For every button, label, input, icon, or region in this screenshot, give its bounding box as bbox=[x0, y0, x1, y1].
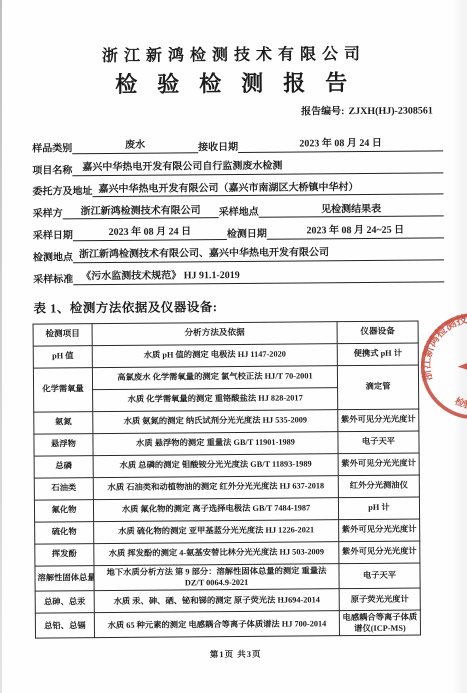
test-item-cell: 化学需氧量 bbox=[33, 367, 92, 411]
table-row: 化学需氧量高氯废水 化学需氧量的测定 氯气校正法 HJ/T 70-2001滴定管 bbox=[33, 365, 418, 390]
field-row: 样品类别废水接收日期2023 年 08 月 24 日 bbox=[32, 129, 443, 154]
report-number-label: 报告编号: bbox=[301, 106, 344, 117]
test-item-cell: 悬浮物 bbox=[34, 433, 93, 455]
method-cell: 水质 pH 值的测定 电极法 HJ 1147-2020 bbox=[92, 343, 337, 367]
test-item-cell: 挥发酚 bbox=[35, 543, 94, 565]
method-cell: 高氯废水 化学需氧量的测定 氯气校正法 HJ/T 70-2001 bbox=[92, 365, 337, 389]
methods-table: 检测项目 分析方法及依据 仪器设备 pH 值水质 pH 值的测定 电极法 HJ … bbox=[33, 320, 421, 639]
field-label: 采样方 bbox=[33, 205, 63, 220]
method-cell: 水质 汞、砷、硒、铋和锑的测定 原子荧光法 HJ694-2014 bbox=[94, 589, 339, 613]
field-value: 2023 年 08 月 24 日 bbox=[238, 138, 443, 153]
instrument-cell: 紫外可见分光光度计 bbox=[338, 409, 419, 432]
method-cell: 水质 硫化物的测定 亚甲基蓝分光光度法 HJ 1226-2021 bbox=[94, 519, 339, 543]
field-row: 委托方及地址嘉兴中华热电开发有限公司（嘉兴市南湖区大桥镇中华村） bbox=[32, 173, 443, 198]
scanned-content: 浙江新鸿检测技术有限公司 检验检测报告 报告编号:ZJXH(HJ)-230856… bbox=[0, 0, 467, 693]
table-row: 氟化物水质 氟化物的测定 离子选择电极法 GB/T 7484-1987pH 计 bbox=[34, 497, 419, 522]
field-value: 2023 年 08 月 24 日 bbox=[73, 227, 227, 242]
table-row: 石油类水质 石油类和动植物油的测定 红外分光光度法 HJ 637-2018红外分… bbox=[34, 475, 419, 500]
field-label: 检测日期 bbox=[227, 225, 267, 240]
table-row: 悬浮物水质 悬浮物的测定 重量法 GB/T 11901-1989电子天平 bbox=[34, 431, 419, 456]
field-label: 采样标准 bbox=[33, 270, 73, 285]
field-value: 见检测结果表 bbox=[259, 203, 444, 218]
table-row: 总砷、总汞水质 汞、砷、硒、铋和锑的测定 原子荧光法 HJ694-2014原子荧… bbox=[35, 588, 420, 613]
field-row: 采样方浙江新鸿检测技术有限公司采样地点见检测结果表 bbox=[33, 195, 444, 220]
report-title: 检验检测报告 bbox=[0, 65, 465, 100]
field-value: 嘉兴中华热电开发有限公司（嘉兴市南湖区大桥镇中华村） bbox=[92, 181, 443, 197]
test-item-cell: pH 值 bbox=[33, 345, 92, 367]
scan-left-edge bbox=[0, 0, 2, 693]
table-row: 挥发酚水质 挥发酚的测定 4-氨基安替比林分光光度法 HJ 503-2009紫外… bbox=[35, 541, 420, 566]
field-label: 项目名称 bbox=[32, 161, 72, 176]
company-title: 浙江新鸿检测技术有限公司 bbox=[0, 40, 465, 67]
table-row: 总铅、总镉水质 65 种元素的测定 电感耦合等离子体质谱法 HJ 700-201… bbox=[35, 610, 420, 638]
table-row: 氨氮水质 氨氮的测定 纳氏试剂分光光度法 HJ 535-2009紫外可见分光光度… bbox=[34, 409, 419, 434]
instrument-cell: 滴定管 bbox=[337, 365, 418, 410]
test-item-cell: 总铅、总镉 bbox=[35, 613, 94, 639]
report-number-value: ZJXH(HJ)-2308561 bbox=[348, 105, 433, 117]
instrument-cell: 原子荧光光度计 bbox=[339, 588, 420, 611]
col-header-method: 分析方法及依据 bbox=[92, 321, 337, 345]
methods-table-body: pH 值水质 pH 值的测定 电极法 HJ 1147-2020便携式 pH 计化… bbox=[33, 343, 420, 639]
field-row: 检测地点浙江新鸿检测技术有限公司、嘉兴中华热电开发有限公司 bbox=[33, 238, 444, 263]
table-row: pH 值水质 pH 值的测定 电极法 HJ 1147-2020便携式 pH 计 bbox=[33, 343, 418, 368]
field-label: 接收日期 bbox=[198, 138, 238, 153]
instrument-cell: 电子天平 bbox=[339, 563, 420, 589]
table-row: 溶解性固体总量地下水质分析方法 第 9 部分：溶解性固体总量的测定 重量法 DZ… bbox=[35, 563, 420, 591]
col-header-instrument: 仪器设备 bbox=[337, 321, 418, 344]
field-row: 采样标准《污水监测技术规范》 HJ 91.1-2019 bbox=[33, 260, 444, 285]
method-cell: 水质 氟化物的测定 离子选择电极法 GB/T 7484-1987 bbox=[93, 497, 338, 521]
col-header-item: 检测项目 bbox=[33, 323, 92, 345]
method-cell: 水质 氨氮的测定 纳氏试剂分光光度法 HJ 535-2009 bbox=[93, 409, 338, 433]
field-label: 检测地点 bbox=[33, 248, 73, 263]
instrument-cell: 红外分光测油仪 bbox=[338, 475, 419, 498]
test-item-cell: 氟化物 bbox=[34, 499, 93, 521]
test-item-cell: 总砷、总汞 bbox=[35, 591, 94, 613]
method-cell: 水质 悬浮物的测定 重量法 GB/T 11901-1989 bbox=[93, 431, 338, 455]
instrument-cell: 紫外可见分光光度计 bbox=[339, 519, 420, 542]
field-label: 采样日期 bbox=[33, 226, 73, 241]
instrument-cell: 电子天平 bbox=[338, 431, 419, 454]
field-value: 2023 年 08 月 24~25 日 bbox=[267, 225, 444, 240]
method-cell: 水质 挥发酚的测定 4-氨基安替比林分光光度法 HJ 503-2009 bbox=[94, 541, 339, 565]
test-item-cell: 硫化物 bbox=[35, 521, 94, 543]
scan-right-edge bbox=[453, 0, 467, 693]
instrument-cell: 紫外可见分光光度计 bbox=[339, 541, 420, 564]
table-title: 表 1、检测方法依据及仪器设备: bbox=[33, 295, 466, 316]
test-item-cell: 氨氮 bbox=[34, 411, 93, 433]
field-label: 样品类别 bbox=[32, 139, 72, 154]
field-value: 废水 bbox=[72, 140, 198, 154]
field-value: 《污水监测技术规范》 HJ 91.1-2019 bbox=[73, 268, 444, 284]
instrument-cell: 电感耦合等离子体质谱仪(ICP-MS) bbox=[339, 610, 420, 636]
report-page: 浙江新鸿检测技术有限公司 检验检测报告 报告编号:ZJXH(HJ)-230856… bbox=[0, 0, 467, 693]
field-label: 采样地点 bbox=[219, 203, 259, 218]
report-number-line: 报告编号:ZJXH(HJ)-2308561 bbox=[0, 101, 465, 120]
test-item-cell: 石油类 bbox=[34, 477, 93, 499]
test-item-cell: 总磷 bbox=[34, 455, 93, 477]
method-cell: 地下水质分析方法 第 9 部分：溶解性固体总量的测定 重量法 DZ/T 0064… bbox=[94, 563, 339, 590]
method-cell: 水质 65 种元素的测定 电感耦合等离子体质谱法 HJ 700-2014 bbox=[94, 611, 339, 638]
table-row: 硫化物水质 硫化物的测定 亚甲基蓝分光光度法 HJ 1226-2021紫外可见分… bbox=[35, 519, 420, 544]
method-cell: 水质 化学需氧量的测定 重铬酸盐法 HJ 828-2017 bbox=[93, 387, 338, 411]
field-value: 浙江新鸿检测技术有限公司 bbox=[63, 205, 219, 220]
field-row: 采样日期2023 年 08 月 24 日检测日期2023 年 08 月 24~2… bbox=[33, 217, 444, 242]
method-cell: 水质 石油类和动植物油的测定 红外分光光度法 HJ 637-2018 bbox=[93, 475, 338, 499]
method-cell: 水质 总磷的测定 钼酸铵分光光度法 GB/T 11893-1989 bbox=[93, 453, 338, 477]
field-row: 项目名称嘉兴中华热电开发有限公司自行监测废水检测 bbox=[32, 151, 443, 176]
page-footer: 第1页 共3页 bbox=[2, 646, 467, 662]
test-item-cell: 溶解性固体总量 bbox=[35, 565, 94, 591]
header-fields: 样品类别废水接收日期2023 年 08 月 24 日项目名称嘉兴中华热电开发有限… bbox=[32, 129, 444, 285]
field-label: 委托方及地址 bbox=[32, 182, 92, 197]
table-row: 总磷水质 总磷的测定 钼酸铵分光光度法 GB/T 11893-1989紫外可见分… bbox=[34, 453, 419, 478]
instrument-cell: pH 计 bbox=[338, 497, 419, 520]
table-header-row: 检测项目 分析方法及依据 仪器设备 bbox=[33, 321, 418, 346]
instrument-cell: 紫外可见分光光度计 bbox=[338, 453, 419, 476]
instrument-cell: 便携式 pH 计 bbox=[337, 343, 418, 366]
